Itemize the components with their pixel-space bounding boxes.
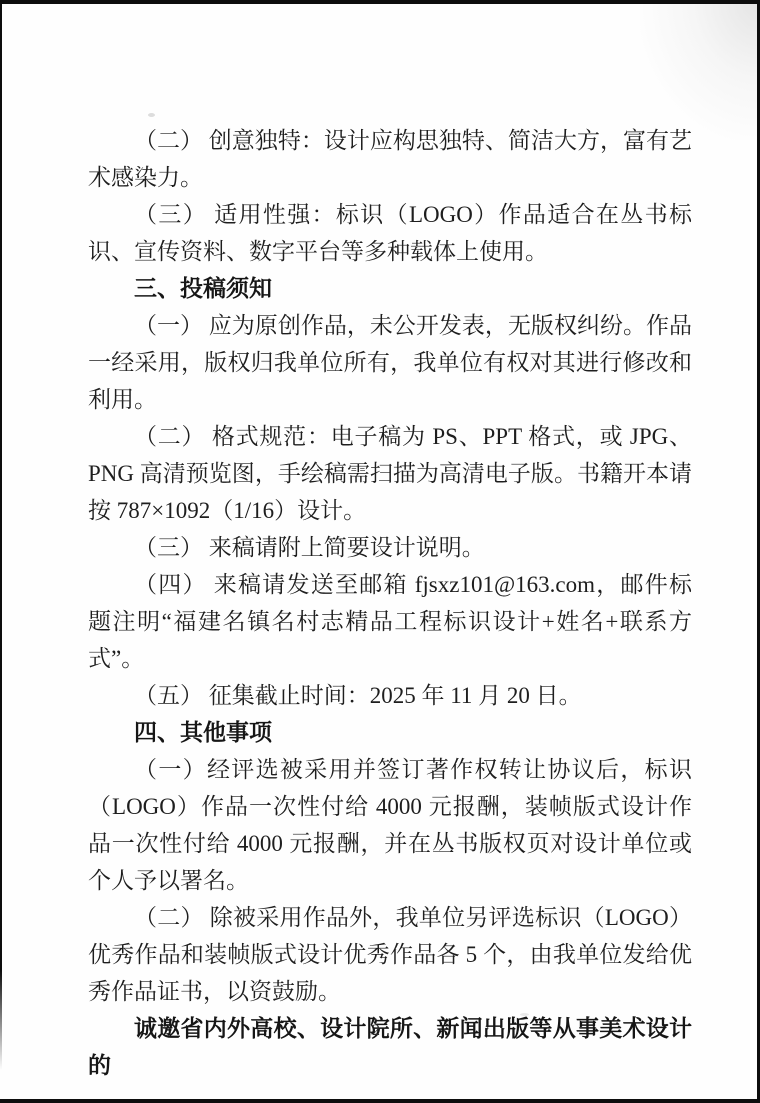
paragraph-design-criteria-3: （三） 适用性强：标识（LOGO）作品适合在丛书标识、宣传资料、数字平台等多种载…: [88, 196, 692, 270]
scan-speck: [148, 113, 155, 117]
scan-edge-bottom: [0, 1099, 760, 1103]
scan-edge-top: [0, 0, 760, 4]
paragraph-other-1-payment: （一）经评选被采用并签订著作权转让协议后，标识（LOGO）作品一次性付给 400…: [88, 751, 692, 899]
scan-edge-left: [0, 0, 2, 1103]
scan-speck: [520, 1013, 529, 1016]
paragraph-submission-1: （一） 应为原创作品，未公开发表，无版权纠纷。作品一经采用，版权归我单位所有，我…: [88, 307, 692, 418]
page-number: 2: [0, 1022, 752, 1040]
paragraph-submission-4-email: （四） 来稿请发送至邮箱 fjsxz101@163.com，邮件标题注明“福建名…: [88, 566, 692, 677]
paragraph-submission-2: （二） 格式规范：电子稿为 PS、PPT 格式，或 JPG、PNG 高清预览图，…: [88, 418, 692, 529]
scan-shading-artifact: [640, 0, 760, 140]
document-body: （二） 创意独特：设计应构思独特、简洁大方，富有艺术感染力。 （三） 适用性强：…: [88, 122, 692, 1084]
section-heading-submission: 三、投稿须知: [88, 270, 692, 307]
section-heading-other-matters: 四、其他事项: [88, 714, 692, 751]
scanned-document-page: （二） 创意独特：设计应构思独特、简洁大方，富有艺术感染力。 （三） 适用性强：…: [0, 0, 760, 1103]
paragraph-submission-3: （三） 来稿请附上简要设计说明。: [88, 529, 692, 566]
paragraph-submission-5-deadline: （五） 征集截止时间：2025 年 11 月 20 日。: [88, 677, 692, 714]
paragraph-other-2-awards: （二） 除被采用作品外，我单位另评选标识（LOGO）优秀作品和装帧版式设计优秀作…: [88, 899, 692, 1010]
paragraph-design-criteria-2: （二） 创意独特：设计应构思独特、简洁大方，富有艺术感染力。: [88, 122, 692, 196]
